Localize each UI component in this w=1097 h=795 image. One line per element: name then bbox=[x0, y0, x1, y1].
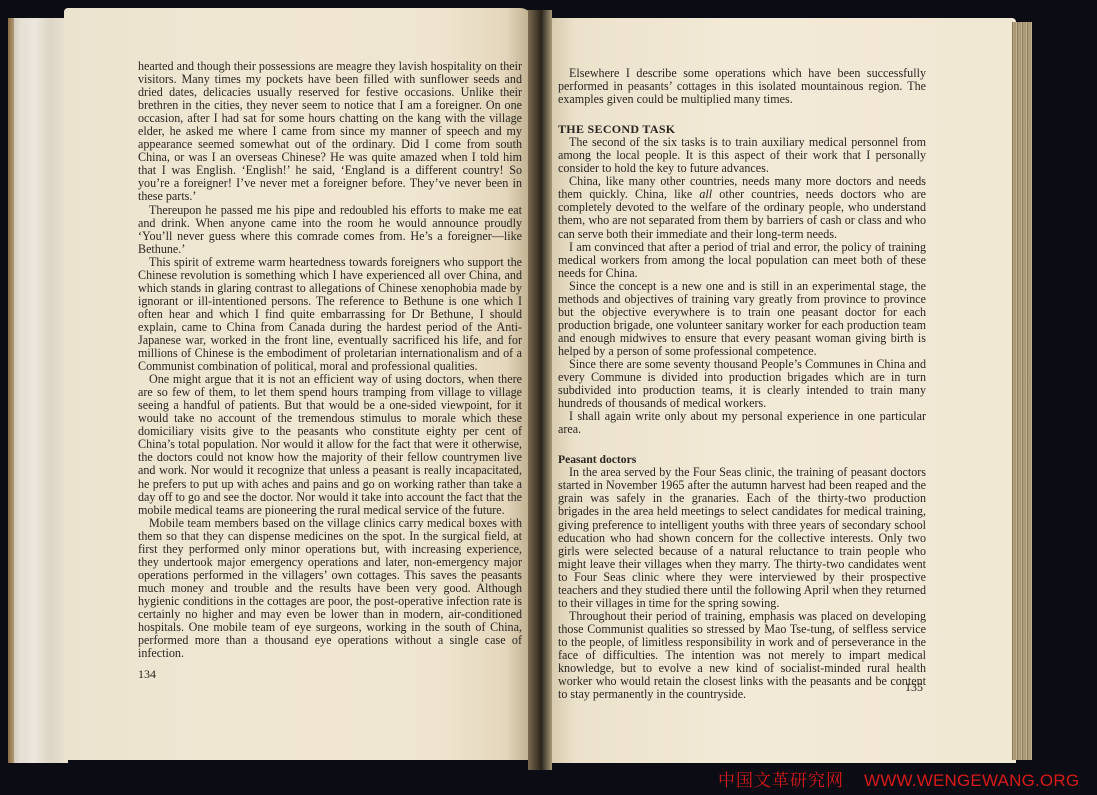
right-page-text: Elsewhere I describe some operations whi… bbox=[558, 67, 926, 701]
right-page-stack-edges bbox=[1012, 22, 1032, 760]
page-number-left: 134 bbox=[138, 667, 156, 682]
paragraph: Thereupon he passed me his pipe and redo… bbox=[138, 204, 522, 256]
page-number-right: 135 bbox=[905, 680, 923, 695]
paragraph: Mobile team members based on the village… bbox=[138, 517, 522, 661]
paragraph: China, like many other countries, needs … bbox=[558, 175, 926, 240]
paragraph: Since the concept is a new one and is st… bbox=[558, 280, 926, 358]
paragraph: I shall again write only about my person… bbox=[558, 410, 926, 436]
book-gutter bbox=[528, 10, 552, 770]
watermark-url: WWW.WENGEWANG.ORG bbox=[864, 771, 1079, 790]
paragraph: Elsewhere I describe some operations whi… bbox=[558, 67, 926, 106]
paragraph: This spirit of extreme warm heartedness … bbox=[138, 256, 522, 373]
paragraph: In the area served by the Four Seas clin… bbox=[558, 466, 926, 610]
site-watermark: 中国文革研究网WWW.WENGEWANG.ORG bbox=[718, 766, 1079, 791]
left-page-stack-edges bbox=[8, 18, 68, 763]
book-scan: hearted and though their possessions are… bbox=[0, 0, 1097, 795]
paragraph: One might argue that it is not an effici… bbox=[138, 373, 522, 517]
paragraph: Since there are some seventy thousand Pe… bbox=[558, 358, 926, 410]
watermark-chinese: 中国文革研究网 bbox=[718, 771, 844, 790]
paragraph: I am convinced that after a period of tr… bbox=[558, 241, 926, 280]
left-page-text: hearted and though their possessions are… bbox=[138, 60, 522, 660]
emphasis-text: all bbox=[699, 187, 712, 201]
paragraph: The second of the six tasks is to train … bbox=[558, 136, 926, 175]
paragraph: hearted and though their possessions are… bbox=[138, 60, 522, 204]
paragraph: Throughout their period of training, emp… bbox=[558, 610, 926, 701]
